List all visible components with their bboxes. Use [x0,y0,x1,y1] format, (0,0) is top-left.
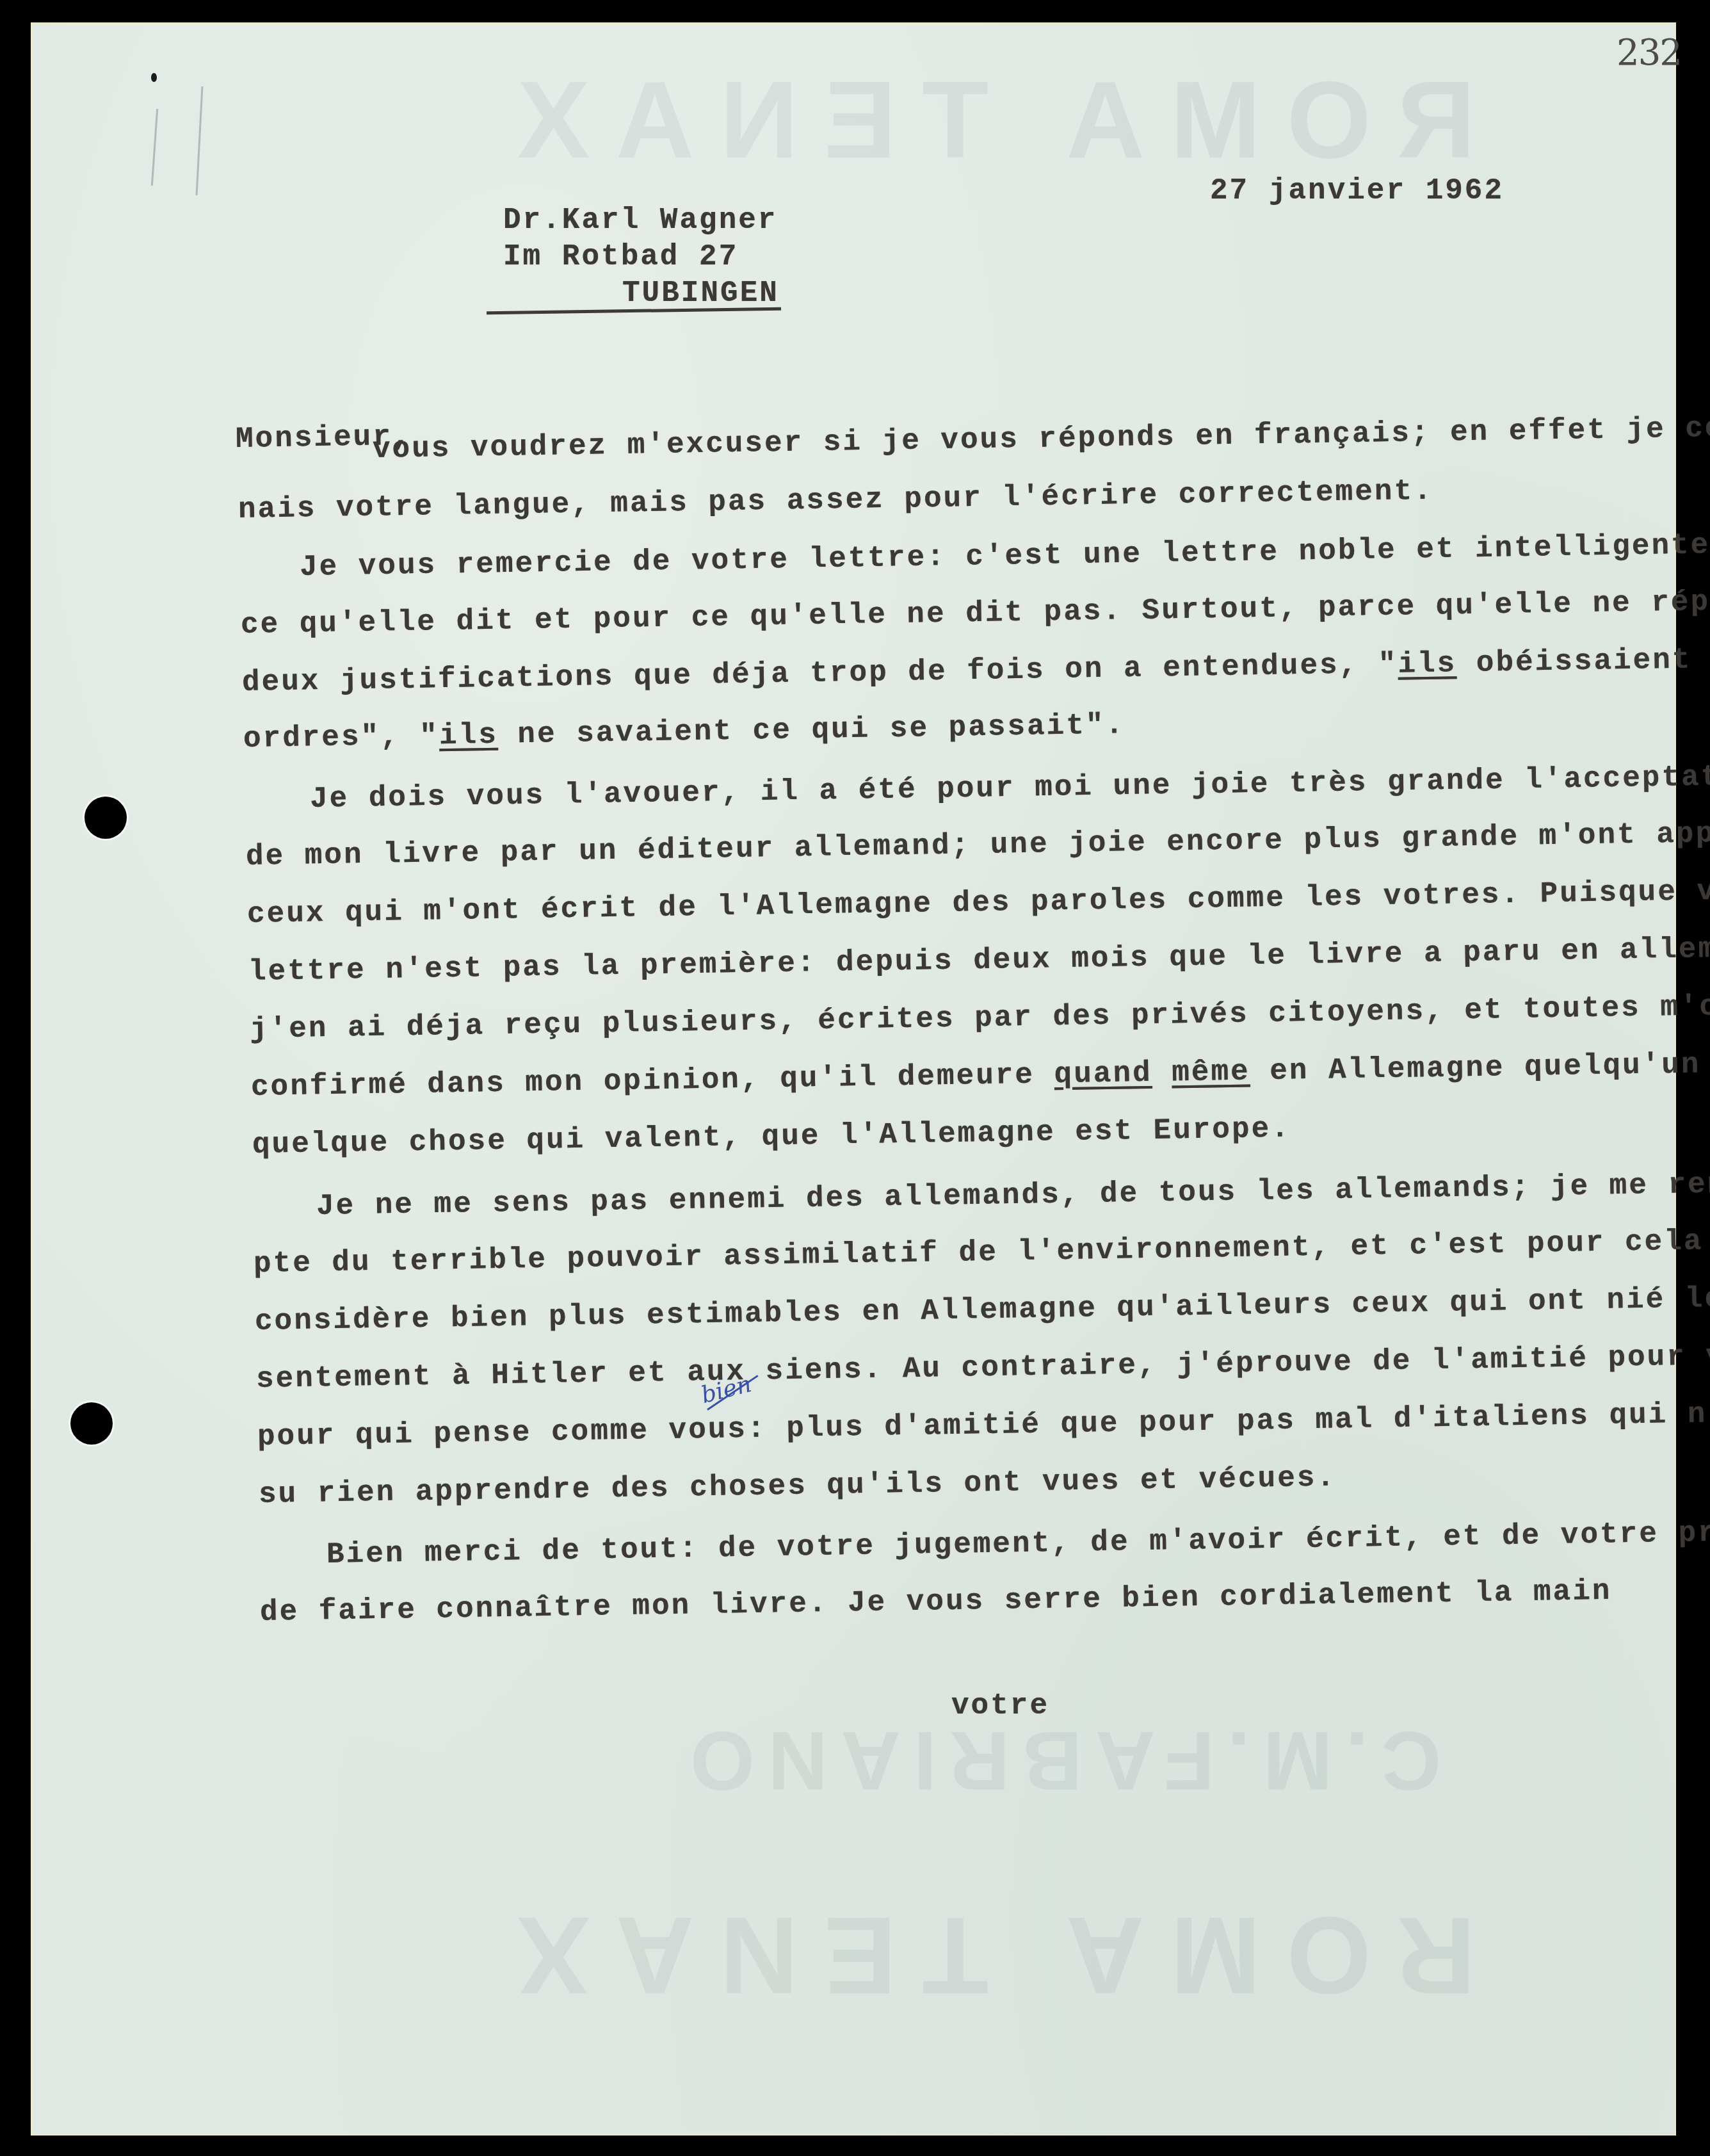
watermark-top: ROMA TENAX [492,58,1475,183]
text-segment [1152,1056,1172,1089]
recipient-city: TUBINGEN [622,277,779,310]
ink-speck [151,73,157,82]
watermark-middle: C.M.FABRIANO [677,1713,1441,1809]
underlined-word: quand [1054,1057,1152,1091]
watermark-bottom: ROMA TENAX [492,1892,1475,2018]
text-segment: ordres", " [243,719,440,756]
closing: votre [951,1689,1049,1722]
archive-page-number: 232 [1617,32,1681,74]
punch-hole [70,1402,113,1445]
recipient-name: Dr.Karl Wagner [503,204,777,237]
punch-hole [85,797,127,839]
underlined-word: même [1172,1055,1250,1089]
underlined-word: ils [439,718,499,752]
letter-date: 27 janvier 1962 [1210,174,1504,207]
underlined-word: ils [1398,647,1457,681]
text-segment: obéissaient à des [1456,642,1710,681]
recipient-street: Im Rotbad 27 [503,240,738,273]
